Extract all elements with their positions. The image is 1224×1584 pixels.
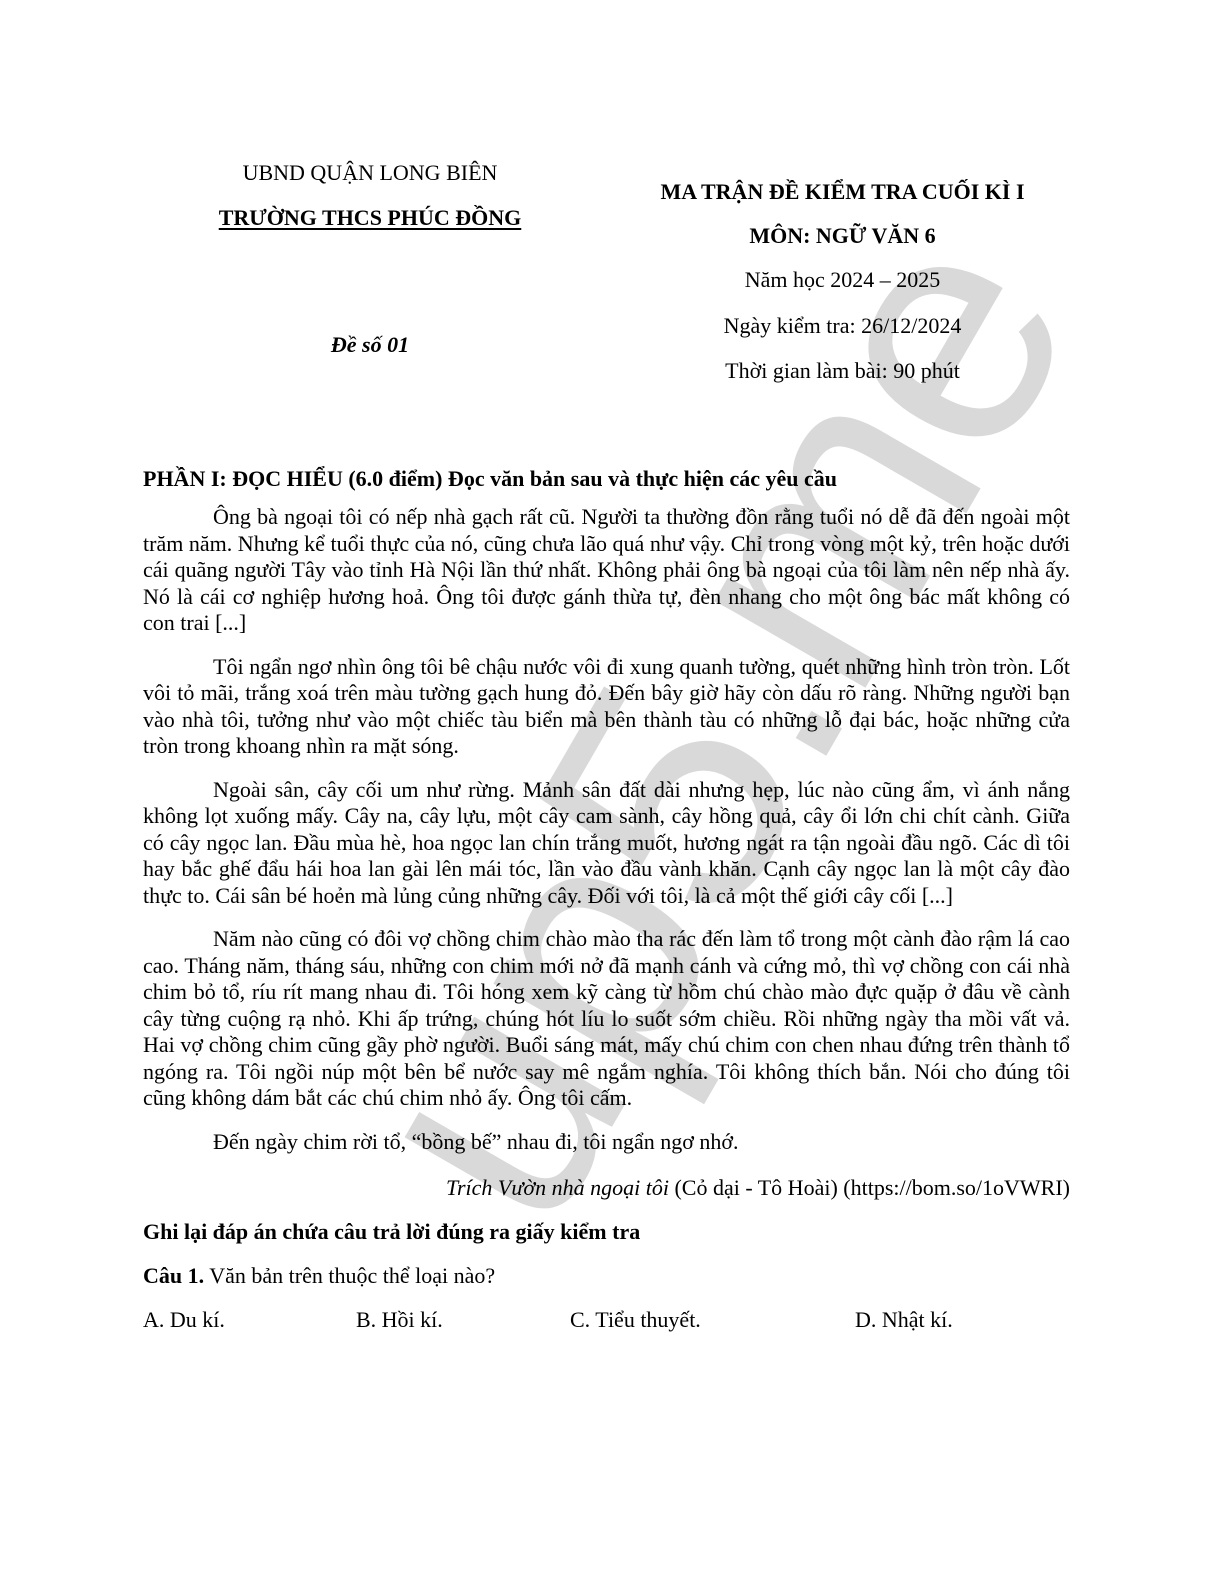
answer-instruction: Ghi lại đáp án chứa câu trả lời đúng ra …: [143, 1219, 1070, 1245]
option-c[interactable]: C. Tiểu thuyết.: [570, 1307, 701, 1333]
section-heading: PHẦN I: ĐỌC HIỂU (6.0 điểm) Đọc văn bản …: [143, 466, 1070, 492]
citation-title: Vườn nhà ngoại tôi: [498, 1175, 669, 1200]
question-1-options: A. Du kí. B. Hồi kí. C. Tiểu thuyết. D. …: [143, 1307, 1070, 1335]
citation-prefix: Trích: [446, 1175, 498, 1200]
section-reading: PHẦN I: ĐỌC HIỂU (6.0 điểm) Đọc văn bản …: [143, 466, 1070, 1335]
school-name: TRƯỜNG THCS PHÚC ĐỒNG: [160, 207, 580, 229]
option-d[interactable]: D. Nhật kí.: [855, 1307, 953, 1333]
exam-page: up5.me UBND QUẬN LONG BIÊN TRƯỜNG THCS P…: [0, 0, 1224, 1584]
exam-number: Đề số 01: [160, 334, 580, 356]
passage-paragraph: Năm nào cũng có đôi vợ chồng chim chào m…: [143, 926, 1070, 1112]
passage-paragraph: Ngoài sân, cây cối um như rừng. Mảnh sân…: [143, 777, 1070, 910]
exam-title: MA TRẬN ĐỀ KIỂM TRA CUỐI KÌ I: [620, 181, 1065, 203]
passage-paragraph: Đến ngày chim rời tổ, “bồng bế” nhau đi,…: [143, 1129, 1070, 1156]
question-1: Câu 1. Văn bản trên thuộc thể loại nào?: [143, 1263, 1070, 1289]
district-name: UBND QUẬN LONG BIÊN: [160, 162, 580, 184]
exam-subject: MÔN: NGỮ VĂN 6: [620, 225, 1065, 247]
exam-duration: Thời gian làm bài: 90 phút: [620, 360, 1065, 382]
citation-source: (Cỏ dại - Tô Hoài) (https://bom.so/1oVWR…: [669, 1175, 1070, 1200]
option-a[interactable]: A. Du kí.: [143, 1307, 225, 1333]
passage-citation: Trích Vườn nhà ngoại tôi (Cỏ dại - Tô Ho…: [143, 1175, 1070, 1201]
question-text: Văn bản trên thuộc thể loại nào?: [204, 1263, 495, 1288]
passage-paragraph: Tôi ngẩn ngơ nhìn ông tôi bê chậu nước v…: [143, 654, 1070, 760]
option-b[interactable]: B. Hồi kí.: [356, 1307, 443, 1333]
school-year: Năm học 2024 – 2025: [620, 269, 1065, 291]
exam-date: Ngày kiểm tra: 26/12/2024: [620, 315, 1065, 337]
passage-paragraph: Ông bà ngoại tôi có nếp nhà gạch rất cũ.…: [143, 504, 1070, 637]
question-label: Câu 1.: [143, 1263, 204, 1288]
